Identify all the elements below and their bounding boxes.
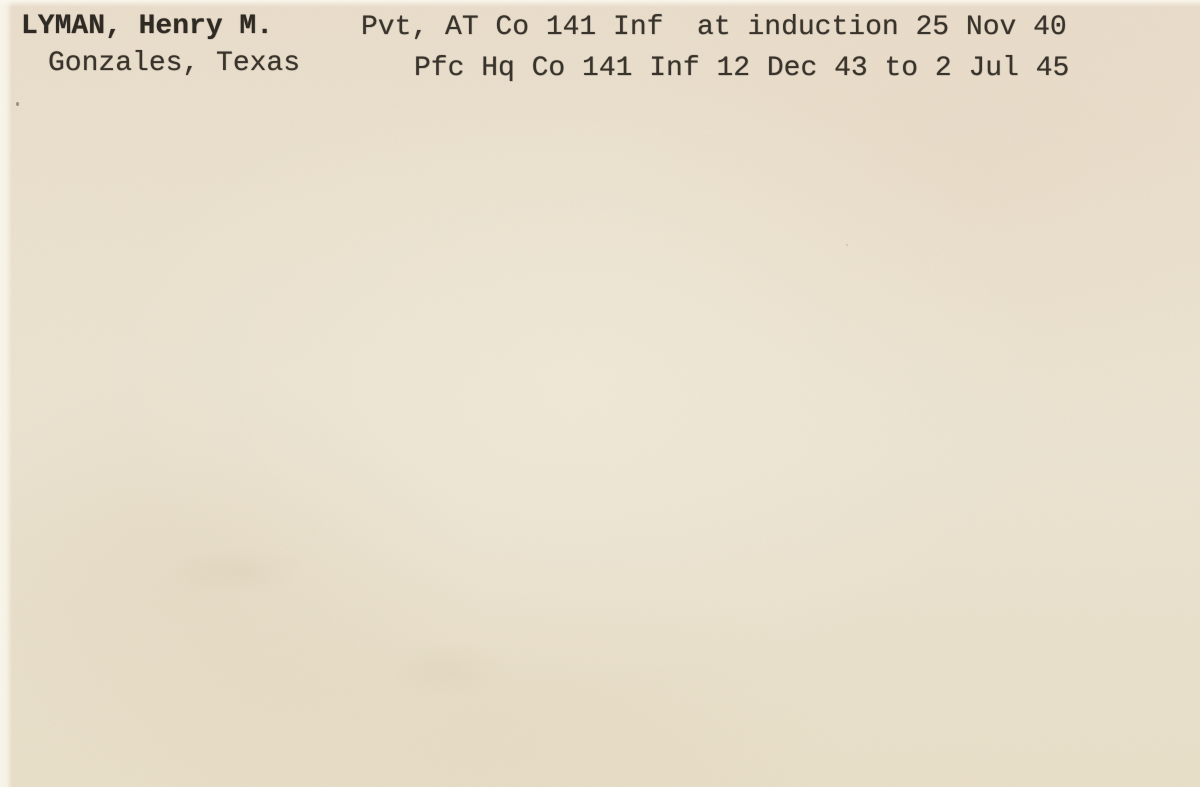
paper-speck — [846, 244, 848, 246]
card-left-edge — [0, 0, 12, 787]
service-entry-1-text: Pvt, AT Co 141 Inf at induction 25 Nov 4… — [361, 13, 1067, 43]
paper-grain-texture — [0, 0, 1200, 787]
index-card: LYMAN, Henry M. Pvt, AT Co 141 Inf at in… — [0, 0, 1200, 787]
residence-text: Gonzales, Texas — [48, 49, 300, 79]
paper-smudge — [390, 640, 510, 700]
card-top-edge — [0, 0, 1200, 7]
paper-smudge — [170, 545, 310, 595]
paper-speck — [16, 102, 19, 106]
service-entry-2-text: Pfc Hq Co 141 Inf 12 Dec 43 to 2 Jul 45 — [414, 54, 1069, 84]
soldier-name-text: LYMAN, Henry M. — [21, 12, 273, 42]
